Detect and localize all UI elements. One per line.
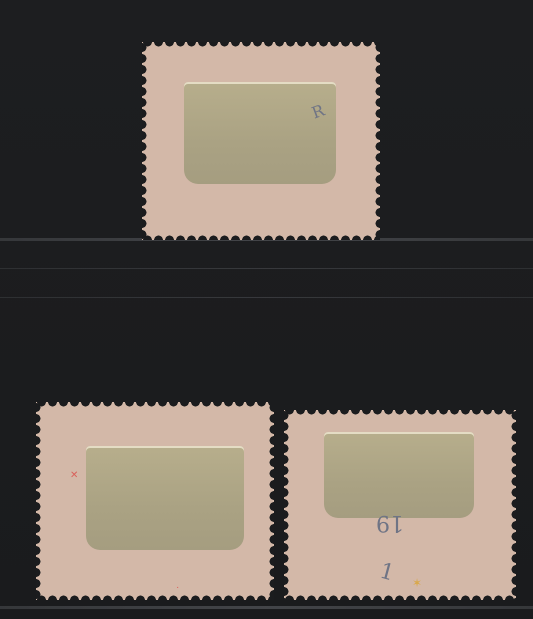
stock-strip-4 [0, 606, 533, 609]
red-fiber-1: ✕ [70, 470, 78, 481]
stock-page: R ✕ · 19 1 ✶ [0, 0, 533, 619]
red-fiber-2: · [176, 582, 179, 593]
pencil-mark-19: 19 [376, 510, 404, 535]
hinge-bottom-left [86, 446, 244, 550]
hinge-bottom-right [324, 432, 474, 518]
yellow-speck: ✶ [412, 576, 422, 590]
hinge-top [184, 82, 336, 184]
pencil-mark-1: 1 [377, 559, 397, 587]
stamp-bottom-right: 19 1 ✶ [284, 410, 516, 600]
stamp-bottom-left: ✕ · [36, 402, 274, 600]
stock-strip-3 [0, 297, 533, 298]
stamp-top: R [142, 42, 380, 240]
stock-strip-2 [0, 268, 533, 269]
